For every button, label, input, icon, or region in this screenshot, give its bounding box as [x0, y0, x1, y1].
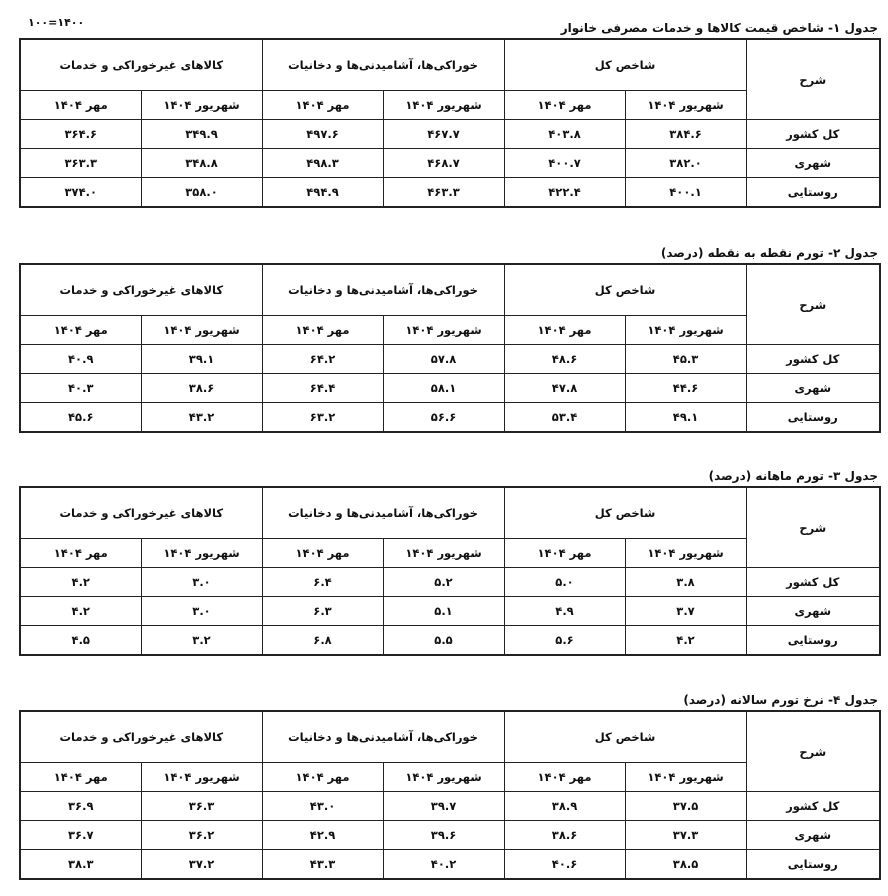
- cell: ۶۴.۲: [262, 345, 383, 374]
- table-block-2: جدول ۲- تورم نقطه به نقطه (درصد) شرح شاخ…: [19, 243, 880, 433]
- cell: ۴۰۰.۷: [504, 149, 625, 178]
- cell: ۳۸.۶: [141, 374, 262, 403]
- table-row: کل کشور ۳۸۴.۶ ۴۰۳.۸ ۴۶۷.۷ ۴۹۷.۶ ۳۴۹.۹ ۳۶…: [20, 120, 880, 149]
- cell: ۳.۲: [141, 626, 262, 656]
- cell: ۴۷.۸: [504, 374, 625, 403]
- cell: ۳۹.۶: [383, 821, 504, 850]
- row-label: روستایی: [746, 626, 880, 656]
- cell: ۴۹۷.۶: [262, 120, 383, 149]
- header-group-food: خوراکی‌ها، آشامیدنی‌ها و دخانیات: [262, 39, 504, 91]
- cell: ۳۶.۳: [141, 792, 262, 821]
- header-group-total: شاخص کل: [504, 264, 746, 316]
- table-caption: جدول ۲- تورم نقطه به نقطه (درصد): [19, 243, 880, 263]
- cell: ۴۶۷.۷: [383, 120, 504, 149]
- cell: ۴۵.۶: [20, 403, 141, 433]
- monthly-inflation-table: شرح شاخص کل خوراکی‌ها، آشامیدنی‌ها و دخا…: [19, 486, 881, 656]
- cell: ۴۹۸.۳: [262, 149, 383, 178]
- header-month: شهریور ۱۴۰۴: [625, 91, 746, 120]
- cell: ۳.۰: [141, 597, 262, 626]
- cell: ۴۹.۱: [625, 403, 746, 433]
- row-label: روستایی: [746, 850, 880, 880]
- cell: ۳۵۸.۰: [141, 178, 262, 208]
- cell: ۴۹۴.۹: [262, 178, 383, 208]
- header-month: شهریور ۱۴۰۴: [141, 91, 262, 120]
- cell: ۴۰۳.۸: [504, 120, 625, 149]
- table-caption: جدول ۱- شاخص قیمت کالاها و خدمات مصرفی خ…: [19, 18, 880, 38]
- cell: ۳۶۳.۳: [20, 149, 141, 178]
- header-group-nonfood: کالاهای غیرخوراکی و خدمات: [20, 264, 262, 316]
- header-sharh: شرح: [746, 711, 880, 792]
- cell: ۴.۲: [20, 568, 141, 597]
- cell: ۳۶.۹: [20, 792, 141, 821]
- table-row: کل کشور ۳.۸ ۵.۰ ۵.۲ ۶.۴ ۳.۰ ۴.۲: [20, 568, 880, 597]
- header-month: مهر ۱۴۰۴: [20, 91, 141, 120]
- cell: ۳۸۲.۰: [625, 149, 746, 178]
- cell: ۶۳.۲: [262, 403, 383, 433]
- table-caption: جدول ۴- نرخ تورم سالانه (درصد): [19, 690, 880, 710]
- cell: ۳۶.۷: [20, 821, 141, 850]
- header-month: مهر ۱۴۰۴: [20, 316, 141, 345]
- cell: ۳.۷: [625, 597, 746, 626]
- table-row: روستایی ۴.۲ ۵.۶ ۵.۵ ۶.۸ ۳.۲ ۴.۵: [20, 626, 880, 656]
- cell: ۳۸.۶: [504, 821, 625, 850]
- cell: ۵.۰: [504, 568, 625, 597]
- row-label: کل کشور: [746, 792, 880, 821]
- cell: ۵.۱: [383, 597, 504, 626]
- row-label: کل کشور: [746, 120, 880, 149]
- cpi-table: شرح شاخص کل خوراکی‌ها، آشامیدنی‌ها و دخا…: [19, 38, 881, 208]
- cell: ۳۶.۲: [141, 821, 262, 850]
- header-month: مهر ۱۴۰۴: [262, 763, 383, 792]
- row-label: شهری: [746, 374, 880, 403]
- header-month: مهر ۱۴۰۴: [20, 539, 141, 568]
- header-month: مهر ۱۴۰۴: [504, 539, 625, 568]
- cell: ۶.۴: [262, 568, 383, 597]
- header-group-total: شاخص کل: [504, 711, 746, 763]
- cell: ۳۹.۱: [141, 345, 262, 374]
- cell: ۵۷.۸: [383, 345, 504, 374]
- cell: ۳۸.۳: [20, 850, 141, 880]
- cell: ۶.۳: [262, 597, 383, 626]
- cell: ۳۴۹.۹: [141, 120, 262, 149]
- header-group-total: شاخص کل: [504, 487, 746, 539]
- header-month: شهریور ۱۴۰۴: [383, 539, 504, 568]
- table-caption: جدول ۳- تورم ماهانه (درصد): [19, 466, 880, 486]
- header-group-food: خوراکی‌ها، آشامیدنی‌ها و دخانیات: [262, 487, 504, 539]
- cell: ۴۶۳.۳: [383, 178, 504, 208]
- cell: ۴۴.۶: [625, 374, 746, 403]
- header-month: مهر ۱۴۰۴: [262, 539, 383, 568]
- header-month: مهر ۱۴۰۴: [262, 316, 383, 345]
- header-group-total: شاخص کل: [504, 39, 746, 91]
- cell: ۳۷.۵: [625, 792, 746, 821]
- row-label: کل کشور: [746, 345, 880, 374]
- cell: ۴۰.۹: [20, 345, 141, 374]
- cell: ۴۰.۶: [504, 850, 625, 880]
- table-block-4: جدول ۴- نرخ تورم سالانه (درصد) شرح شاخص …: [19, 690, 880, 880]
- row-label: شهری: [746, 821, 880, 850]
- cell: ۴۲.۹: [262, 821, 383, 850]
- cell: ۳۶۴.۶: [20, 120, 141, 149]
- header-group-nonfood: کالاهای غیرخوراکی و خدمات: [20, 487, 262, 539]
- table-row: کل کشور ۴۵.۳ ۴۸.۶ ۵۷.۸ ۶۴.۲ ۳۹.۱ ۴۰.۹: [20, 345, 880, 374]
- cell: ۳.۰: [141, 568, 262, 597]
- header-sharh: شرح: [746, 264, 880, 345]
- cell: ۵.۲: [383, 568, 504, 597]
- header-month: مهر ۱۴۰۴: [20, 763, 141, 792]
- header-month: شهریور ۱۴۰۴: [383, 91, 504, 120]
- cell: ۴۳.۰: [262, 792, 383, 821]
- header-group-food: خوراکی‌ها، آشامیدنی‌ها و دخانیات: [262, 264, 504, 316]
- cell: ۴۲۲.۴: [504, 178, 625, 208]
- header-month: شهریور ۱۴۰۴: [383, 763, 504, 792]
- table-row: شهری ۳۸۲.۰ ۴۰۰.۷ ۴۶۸.۷ ۴۹۸.۳ ۳۴۸.۸ ۳۶۳.۳: [20, 149, 880, 178]
- cell: ۳۴۸.۸: [141, 149, 262, 178]
- table-row: شهری ۳۷.۳ ۳۸.۶ ۳۹.۶ ۴۲.۹ ۳۶.۲ ۳۶.۷: [20, 821, 880, 850]
- cell: ۳۷۴.۰: [20, 178, 141, 208]
- row-label: روستایی: [746, 178, 880, 208]
- header-group-nonfood: کالاهای غیرخوراکی و خدمات: [20, 39, 262, 91]
- table-block-1: جدول ۱- شاخص قیمت کالاها و خدمات مصرفی خ…: [19, 18, 880, 208]
- cell: ۴.۵: [20, 626, 141, 656]
- header-month: مهر ۱۴۰۴: [262, 91, 383, 120]
- table-row: روستایی ۴۰۰.۱ ۴۲۲.۴ ۴۶۳.۳ ۴۹۴.۹ ۳۵۸.۰ ۳۷…: [20, 178, 880, 208]
- cell: ۴.۲: [625, 626, 746, 656]
- row-label: روستایی: [746, 403, 880, 433]
- cell: ۵۳.۴: [504, 403, 625, 433]
- header-sharh: شرح: [746, 39, 880, 120]
- annual-inflation-table: شرح شاخص کل خوراکی‌ها، آشامیدنی‌ها و دخا…: [19, 710, 881, 880]
- cell: ۳۷.۳: [625, 821, 746, 850]
- cell: ۴.۲: [20, 597, 141, 626]
- table-row: روستایی ۴۹.۱ ۵۳.۴ ۵۶.۶ ۶۳.۲ ۴۳.۲ ۴۵.۶: [20, 403, 880, 433]
- cell: ۴۳.۳: [262, 850, 383, 880]
- table-row: روستایی ۳۸.۵ ۴۰.۶ ۴۰.۲ ۴۳.۳ ۳۷.۲ ۳۸.۳: [20, 850, 880, 880]
- cell: ۳۸۴.۶: [625, 120, 746, 149]
- header-group-nonfood: کالاهای غیرخوراکی و خدمات: [20, 711, 262, 763]
- cell: ۵۶.۶: [383, 403, 504, 433]
- cell: ۵.۶: [504, 626, 625, 656]
- row-label: شهری: [746, 597, 880, 626]
- cell: ۳.۸: [625, 568, 746, 597]
- cell: ۵۸.۱: [383, 374, 504, 403]
- cell: ۴۰.۲: [383, 850, 504, 880]
- cell: ۴۸.۶: [504, 345, 625, 374]
- cell: ۴.۹: [504, 597, 625, 626]
- table-block-3: جدول ۳- تورم ماهانه (درصد) شرح شاخص کل خ…: [19, 466, 880, 656]
- header-month: شهریور ۱۴۰۴: [141, 763, 262, 792]
- header-month: شهریور ۱۴۰۴: [383, 316, 504, 345]
- table-row: کل کشور ۳۷.۵ ۳۸.۹ ۳۹.۷ ۴۳.۰ ۳۶.۳ ۳۶.۹: [20, 792, 880, 821]
- cell: ۶۴.۴: [262, 374, 383, 403]
- header-month: شهریور ۱۴۰۴: [141, 316, 262, 345]
- table-row: شهری ۴۴.۶ ۴۷.۸ ۵۸.۱ ۶۴.۴ ۳۸.۶ ۴۰.۳: [20, 374, 880, 403]
- header-month: شهریور ۱۴۰۴: [625, 763, 746, 792]
- cell: ۳۸.۹: [504, 792, 625, 821]
- cell: ۴۵.۳: [625, 345, 746, 374]
- cell: ۶.۸: [262, 626, 383, 656]
- cell: ۴۰۰.۱: [625, 178, 746, 208]
- table-row: شهری ۳.۷ ۴.۹ ۵.۱ ۶.۳ ۳.۰ ۴.۲: [20, 597, 880, 626]
- cell: ۵.۵: [383, 626, 504, 656]
- cell: ۴۶۸.۷: [383, 149, 504, 178]
- cell: ۴۳.۲: [141, 403, 262, 433]
- cell: ۴۰.۳: [20, 374, 141, 403]
- header-month: مهر ۱۴۰۴: [504, 316, 625, 345]
- point-to-point-inflation-table: شرح شاخص کل خوراکی‌ها، آشامیدنی‌ها و دخا…: [19, 263, 881, 433]
- header-month: مهر ۱۴۰۴: [504, 91, 625, 120]
- cell: ۳۸.۵: [625, 850, 746, 880]
- header-month: شهریور ۱۴۰۴: [141, 539, 262, 568]
- header-sharh: شرح: [746, 487, 880, 568]
- row-label: شهری: [746, 149, 880, 178]
- header-month: شهریور ۱۴۰۴: [625, 316, 746, 345]
- row-label: کل کشور: [746, 568, 880, 597]
- cell: ۳۹.۷: [383, 792, 504, 821]
- header-month: شهریور ۱۴۰۴: [625, 539, 746, 568]
- cell: ۳۷.۲: [141, 850, 262, 880]
- header-month: مهر ۱۴۰۴: [504, 763, 625, 792]
- header-group-food: خوراکی‌ها، آشامیدنی‌ها و دخانیات: [262, 711, 504, 763]
